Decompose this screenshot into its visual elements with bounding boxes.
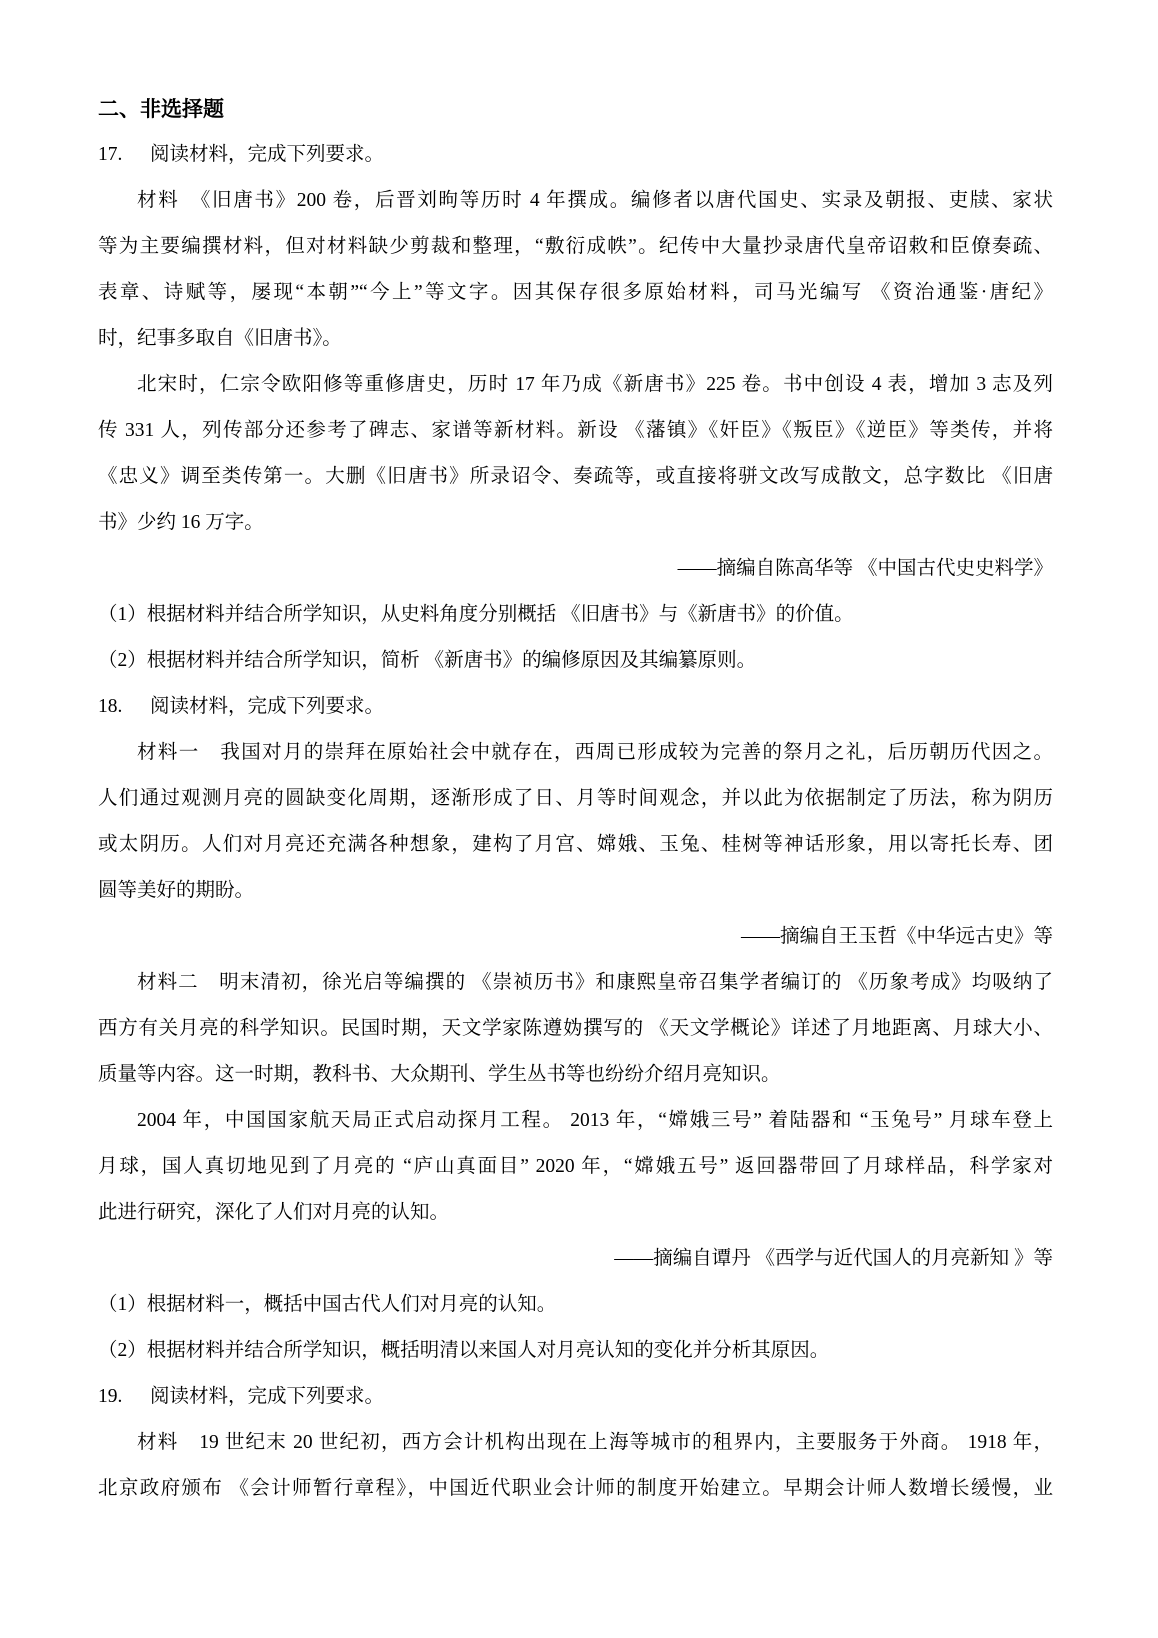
question-17-number: 17. (98, 132, 150, 178)
q18-material1-line: 材料一 我国对月的崇拜在原始社会中就存在，西周已形成较为完善的祭月之礼，后历朝历… (98, 730, 1053, 776)
question-19-number: 19. (98, 1374, 150, 1420)
question-17-header: 17.阅读材料，完成下列要求。 (98, 132, 1053, 178)
q17-material-line: 《忠义》调至类传第一。大删《旧唐书》所录诏令、奏疏等，或直接将骈文改写成散文，总… (98, 454, 1053, 500)
q18-material2-line: 材料二 明末清初，徐光启等编撰的 《崇祯历书》和康熙皇帝召集学者编订的 《历象考… (98, 960, 1053, 1006)
section-heading: 二、非选择题 (98, 86, 1053, 132)
question-18-number: 18. (98, 684, 150, 730)
q18-material3-line: 2004 年，中国国家航天局正式启动探月工程。 2013 年，“嫦娥三号” 着陆… (98, 1098, 1053, 1144)
q18-material1-line: 人们通过观测月亮的圆缺变化周期，逐渐形成了日、月等时间观念，并以此为依据制定了历… (98, 776, 1053, 822)
question-19-prompt: 阅读材料，完成下列要求。 (150, 1386, 384, 1407)
question-19-header: 19.阅读材料，完成下列要求。 (98, 1374, 1053, 1420)
q17-material-line: 书》少约 16 万字。 (98, 500, 1053, 546)
q17-material-line: 北宋时，仁宗令欧阳修等重修唐史，历时 17 年乃成《新唐书》225 卷。书中创设… (98, 362, 1053, 408)
question-18-header: 18.阅读材料，完成下列要求。 (98, 684, 1053, 730)
q18-material2-line: 西方有关月亮的科学知识。民国时期，天文学家陈遵妫撰写的 《天文学概论》详述了月地… (98, 1006, 1053, 1052)
q17-material-line: 时，纪事多取自《旧唐书》。 (98, 316, 1053, 362)
q17-material-line: 表章、诗赋等，屡现“本朝”“今上”等文字。因其保存很多原始材料，司马光编写 《资… (98, 270, 1053, 316)
q17-sub-question-2: （2）根据材料并结合所学知识，简析 《新唐书》的编修原因及其编纂原则。 (98, 638, 1053, 684)
q18-source-attribution-2: ——摘编自谭丹 《西学与近代国人的月亮新知 》等 (98, 1236, 1053, 1282)
q18-source-attribution-1: ——摘编自王玉哲《中华远古史》等 (98, 914, 1053, 960)
exam-document-page: 二、非选择题 17.阅读材料，完成下列要求。 材料 《旧唐书》200 卷，后晋刘… (98, 86, 1053, 1512)
q18-material1-line: 圆等美好的期盼。 (98, 868, 1053, 914)
q17-source-attribution: ——摘编自陈高华等 《中国古代史史料学》 (98, 546, 1053, 592)
q18-sub-question-1: （1）根据材料一，概括中国古代人们对月亮的认知。 (98, 1282, 1053, 1328)
q19-material-line: 材料 19 世纪末 20 世纪初，西方会计机构出现在上海等城市的租界内，主要服务… (98, 1420, 1053, 1466)
q18-material2-line: 质量等内容。这一时期，教科书、大众期刊、学生丛书等也纷纷介绍月亮知识。 (98, 1052, 1053, 1098)
q18-sub-question-2: （2）根据材料并结合所学知识，概括明清以来国人对月亮认知的变化并分析其原因。 (98, 1328, 1053, 1374)
q19-material-line: 北京政府颁布 《会计师暂行章程》，中国近代职业会计师的制度开始建立。早期会计师人… (98, 1466, 1053, 1512)
q17-material-line: 等为主要编撰材料，但对材料缺少剪裁和整理，“敷衍成帙”。纪传中大量抄录唐代皇帝诏… (98, 224, 1053, 270)
question-17-prompt: 阅读材料，完成下列要求。 (150, 144, 384, 165)
question-18-prompt: 阅读材料，完成下列要求。 (150, 696, 384, 717)
q18-material3-line: 月球，国人真切地见到了月亮的 “庐山真面目” 2020 年，“嫦娥五号” 返回器… (98, 1144, 1053, 1190)
q17-material-line: 传 331 人，列传部分还参考了碑志、家谱等新材料。新设 《藩镇》《奸臣》《叛臣… (98, 408, 1053, 454)
q18-material3-line: 此进行研究，深化了人们对月亮的认知。 (98, 1190, 1053, 1236)
q17-material-line: 材料 《旧唐书》200 卷，后晋刘昫等历时 4 年撰成。编修者以唐代国史、实录及… (98, 178, 1053, 224)
q18-material1-line: 或太阴历。人们对月亮还充满各种想象，建构了月宫、嫦娥、玉兔、桂树等神话形象，用以… (98, 822, 1053, 868)
q17-sub-question-1: （1）根据材料并结合所学知识，从史料角度分别概括 《旧唐书》与《新唐书》的价值。 (98, 592, 1053, 638)
